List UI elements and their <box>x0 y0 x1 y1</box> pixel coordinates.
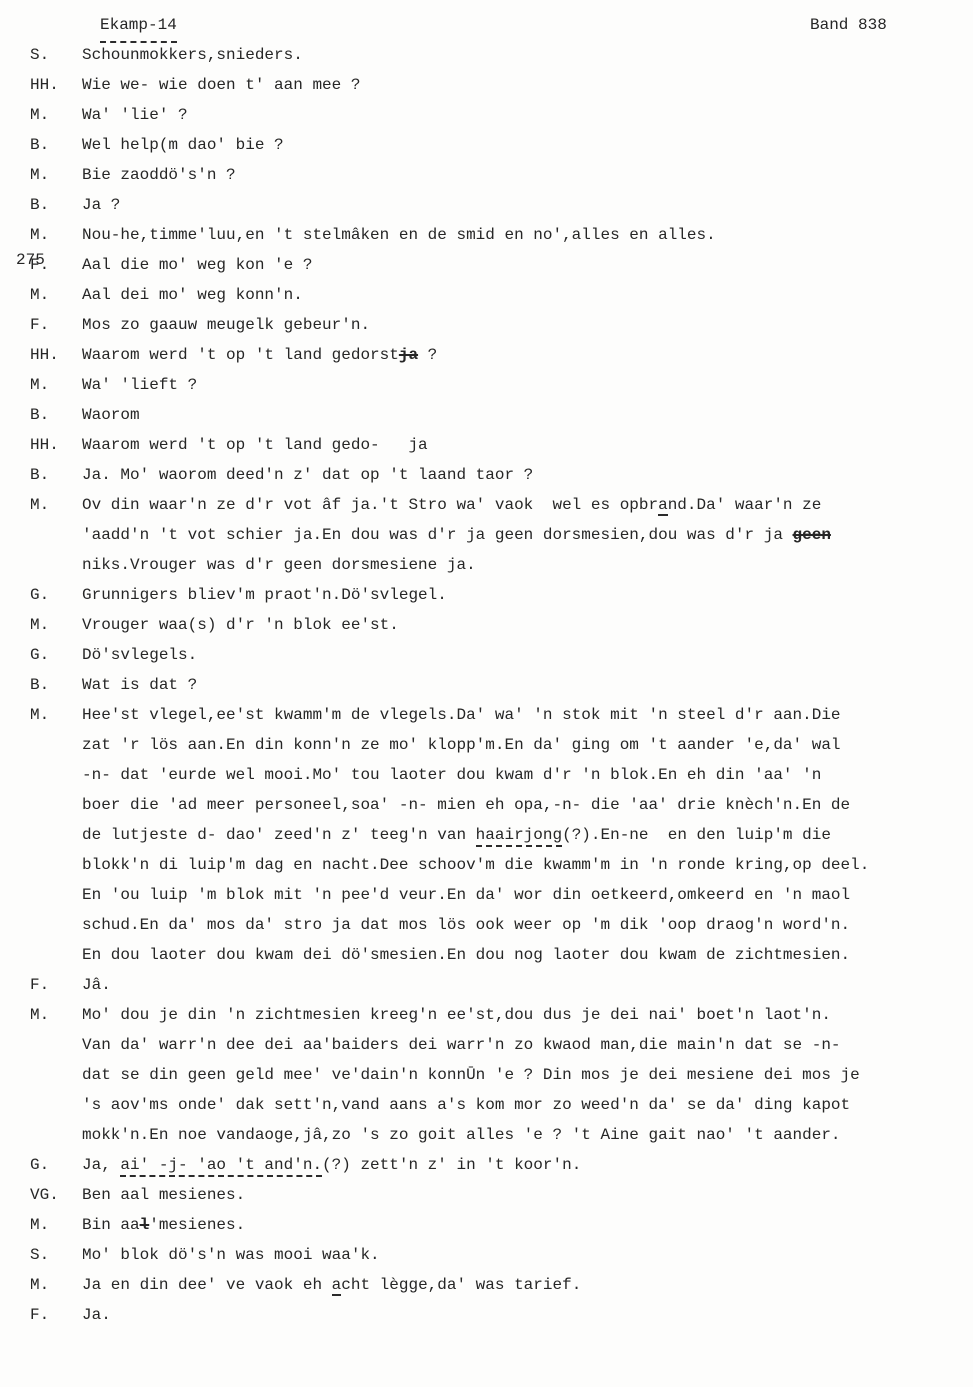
text-segment: Nou-he,timme'luu,en 't stelmâken en de s… <box>82 226 716 244</box>
speaker-label: M. <box>0 160 82 190</box>
turn-text: Ja en din dee' ve vaok eh acht lègge,da'… <box>82 1270 973 1300</box>
turn-text: Wat is dat ? <box>82 670 973 700</box>
text-segment-strike: geen <box>793 526 831 544</box>
transcript-line: dat se din geen geld mee' ve'dain'n konn… <box>82 1060 965 1090</box>
text-segment: 'aadd'n 't vot schier ja.En dou was d'r … <box>82 526 793 544</box>
text-segment: dat se din geen geld mee' ve'dain'n konn… <box>82 1066 860 1084</box>
transcript-turn: HH.Waarom werd 't op 't land gedorstja ? <box>0 340 973 370</box>
transcript-line: Wel help(m dao' bie ? <box>82 130 965 160</box>
transcript-line: boer die 'ad meer personeel,soa' -n- mie… <box>82 790 965 820</box>
turn-text: Mos zo gaauw meugelk gebeur'n. <box>82 310 973 340</box>
turn-text: Grunnigers bliev'm praot'n.Dö'svlegel. <box>82 580 973 610</box>
text-segment: Ja ? <box>82 196 120 214</box>
speaker-label: M. <box>0 700 82 730</box>
speaker-label: M. <box>0 370 82 400</box>
text-segment-u: a <box>658 496 668 516</box>
transcript-turn: F.Mos zo gaauw meugelk gebeur'n. <box>0 310 973 340</box>
transcript-line: Schounmokkers,snieders. <box>82 40 965 70</box>
text-segment: (?) zett'n z' in 't koor'n. <box>322 1156 581 1174</box>
document-title: Ekamp-14 <box>100 10 177 43</box>
transcript-turn: M.Wa' 'lieft ? <box>0 370 973 400</box>
transcript-turn: G.Grunnigers bliev'm praot'n.Dö'svlegel. <box>0 580 973 610</box>
text-segment: Mo' blok dö's'n was mooi waa'k. <box>82 1246 380 1264</box>
speaker-label: HH. <box>0 430 82 460</box>
text-segment: Ja, <box>82 1156 120 1174</box>
text-segment-ud: haairjong <box>476 826 562 847</box>
speaker-label: HH. <box>0 340 82 370</box>
transcript-turn: HH.Wie we- wie doen t' aan mee ? <box>0 70 973 100</box>
text-segment: Grunnigers bliev'm praot'n.Dö'svlegel. <box>82 586 447 604</box>
transcript-turn: S.Mo' blok dö's'n was mooi waa'k. <box>0 1240 973 1270</box>
transcript-line: Ja, ai' -j- 'ao 't and'n.(?) zett'n z' i… <box>82 1150 965 1180</box>
transcript-turn: HH.Waarom werd 't op 't land gedo- ja <box>0 430 973 460</box>
transcript-line: Nou-he,timme'luu,en 't stelmâken en de s… <box>82 220 965 250</box>
transcript-turn: S.Schounmokkers,snieders. <box>0 40 973 70</box>
transcript-turn: B.Wel help(m dao' bie ? <box>0 130 973 160</box>
text-segment: Wie we- wie doen t' aan mee ? <box>82 76 360 94</box>
turn-text: Ja. Mo' waorom deed'n z' dat op 't laand… <box>82 460 973 490</box>
turn-text: Waarom werd 't op 't land gedo- ja <box>82 430 973 460</box>
turn-text: Ben aal mesienes. <box>82 1180 973 1210</box>
transcript-line: Ben aal mesienes. <box>82 1180 965 1210</box>
text-segment: Ja. Mo' waorom deed'n z' dat op 't laand… <box>82 466 533 484</box>
text-segment: Bie zaoddö's'n ? <box>82 166 236 184</box>
transcript-line: Waarom werd 't op 't land gedo- ja <box>82 430 965 460</box>
turn-text: Ja ? <box>82 190 973 220</box>
transcript-line: Wie we- wie doen t' aan mee ? <box>82 70 965 100</box>
text-segment: En dou laoter dou kwam dei dö'smesien.En… <box>82 946 850 964</box>
text-segment: Waorom <box>82 406 140 424</box>
text-segment: Waarom werd 't op 't land gedo- ja <box>82 436 428 454</box>
turn-text: Jâ. <box>82 970 973 1000</box>
transcript-turn: VG.Ben aal mesienes. <box>0 1180 973 1210</box>
transcript-line: Mo' dou je din 'n zichtmesien kreeg'n ee… <box>82 1000 965 1030</box>
transcript-line: Ja ? <box>82 190 965 220</box>
transcript-turn: B.Waorom <box>0 400 973 430</box>
text-segment: Dö'svlegels. <box>82 646 197 664</box>
text-segment: 's aov'ms onde' dak sett'n,vand aans a's… <box>82 1096 850 1114</box>
text-segment: Mos zo gaauw meugelk gebeur'n. <box>82 316 370 334</box>
speaker-label: B. <box>0 460 82 490</box>
transcript-turn: B.Ja ? <box>0 190 973 220</box>
transcript-turn: F.Ja. <box>0 1300 973 1330</box>
transcript-line: zat 'r lös aan.En din konn'n ze mo' klop… <box>82 730 965 760</box>
speaker-label: B. <box>0 190 82 220</box>
transcript-line: blokk'n di luip'm dag en nacht.Dee schoo… <box>82 850 965 880</box>
speaker-label: M. <box>0 1210 82 1240</box>
transcript-turn: G.Dö'svlegels. <box>0 640 973 670</box>
text-segment: 'mesienes. <box>149 1216 245 1234</box>
transcript-line: Van da' warr'n dee dei aa'baiders dei wa… <box>82 1030 965 1060</box>
text-segment: Wa' 'lieft ? <box>82 376 197 394</box>
transcript-line: 'aadd'n 't vot schier ja.En dou was d'r … <box>82 520 965 550</box>
turn-text: Mo' blok dö's'n was mooi waa'k. <box>82 1240 973 1270</box>
transcript-line: Wa' 'lieft ? <box>82 370 965 400</box>
speaker-label: G. <box>0 640 82 670</box>
document-page: Ekamp-14 Band 838 275 S.Schounmokkers,sn… <box>0 0 973 1387</box>
text-segment: -n- dat 'eurde wel mooi.Mo' tou laoter d… <box>82 766 821 784</box>
speaker-label: F. <box>0 1300 82 1330</box>
text-segment: nd.Da' waar'n ze <box>668 496 822 514</box>
transcript-line: Ja. <box>82 1300 965 1330</box>
text-segment: schud.En da' mos da' stro ja dat mos lös… <box>82 916 850 934</box>
turn-text: Waarom werd 't op 't land gedorstja ? <box>82 340 973 370</box>
transcript-turn: M.Vrouger waa(s) d'r 'n blok ee'st. <box>0 610 973 640</box>
transcript-line: Ja. Mo' waorom deed'n z' dat op 't laand… <box>82 460 965 490</box>
text-segment-u: a <box>332 1276 342 1296</box>
speaker-label: M. <box>0 490 82 520</box>
page-header: Ekamp-14 Band 838 <box>0 10 973 40</box>
text-segment: Jâ. <box>82 976 111 994</box>
transcript-turn: M.Mo' dou je din 'n zichtmesien kreeg'n … <box>0 1000 973 1150</box>
speaker-label: B. <box>0 130 82 160</box>
speaker-label: M. <box>0 100 82 130</box>
transcript-turn: M.Hee'st vlegel,ee'st kwamm'm de vlegels… <box>0 700 973 970</box>
turn-text: Aal die mo' weg kon 'e ? <box>82 250 973 280</box>
transcript: S.Schounmokkers,snieders.HH.Wie we- wie … <box>0 40 973 1330</box>
transcript-line: Vrouger waa(s) d'r 'n blok ee'st. <box>82 610 965 640</box>
text-segment: de lutjeste d- dao' zeed'n z' teeg'n van <box>82 826 476 844</box>
transcript-line: Grunnigers bliev'm praot'n.Dö'svlegel. <box>82 580 965 610</box>
transcript-line: Mos zo gaauw meugelk gebeur'n. <box>82 310 965 340</box>
speaker-label: B. <box>0 400 82 430</box>
transcript-line: Ov din waar'n ze d'r vot âf ja.'t Stro w… <box>82 490 965 520</box>
text-segment: Ja. <box>82 1306 111 1324</box>
transcript-line: Bie zaoddö's'n ? <box>82 160 965 190</box>
transcript-line: Hee'st vlegel,ee'st kwamm'm de vlegels.D… <box>82 700 965 730</box>
transcript-line: Aal die mo' weg kon 'e ? <box>82 250 965 280</box>
transcript-line: Waorom <box>82 400 965 430</box>
speaker-label: HH. <box>0 70 82 100</box>
turn-text: Aal dei mo' weg konn'n. <box>82 280 973 310</box>
turn-text: Wa' 'lieft ? <box>82 370 973 400</box>
text-segment: Wat is dat ? <box>82 676 197 694</box>
turn-text: Hee'st vlegel,ee'st kwamm'm de vlegels.D… <box>82 700 973 970</box>
speaker-label: F. <box>0 250 82 280</box>
transcript-turn: G.Ja, ai' -j- 'ao 't and'n.(?) zett'n z'… <box>0 1150 973 1180</box>
text-segment: En 'ou luip 'm blok mit 'n pee'd veur.En… <box>82 886 850 904</box>
speaker-label: M. <box>0 220 82 250</box>
turn-text: Bin aal'mesienes. <box>82 1210 973 1240</box>
text-segment: (?).En-ne en den luip'm die <box>562 826 831 844</box>
transcript-turn: M.Ja en din dee' ve vaok eh acht lègge,d… <box>0 1270 973 1300</box>
transcript-line: Mo' blok dö's'n was mooi waa'k. <box>82 1240 965 1270</box>
text-segment: boer die 'ad meer personeel,soa' -n- mie… <box>82 796 850 814</box>
transcript-line: Ja en din dee' ve vaok eh acht lègge,da'… <box>82 1270 965 1300</box>
transcript-line: En 'ou luip 'm blok mit 'n pee'd veur.En… <box>82 880 965 910</box>
turn-text: Wie we- wie doen t' aan mee ? <box>82 70 973 100</box>
text-segment: Ben aal mesienes. <box>82 1186 245 1204</box>
band-number: Band 838 <box>810 10 887 40</box>
transcript-turn: M.Bie zaoddö's'n ? <box>0 160 973 190</box>
text-segment-strike: ja <box>399 346 418 364</box>
speaker-label: B. <box>0 670 82 700</box>
transcript-turn: B.Wat is dat ? <box>0 670 973 700</box>
text-segment: niks.Vrouger was d'r geen dorsmesiene ja… <box>82 556 476 574</box>
text-segment: Bin aa <box>82 1216 140 1234</box>
transcript-turn: M.Ov din waar'n ze d'r vot âf ja.'t Stro… <box>0 490 973 580</box>
transcript-turn: M.Bin aal'mesienes. <box>0 1210 973 1240</box>
transcript-line: Bin aal'mesienes. <box>82 1210 965 1240</box>
turn-text: Schounmokkers,snieders. <box>82 40 973 70</box>
transcript-line: -n- dat 'eurde wel mooi.Mo' tou laoter d… <box>82 760 965 790</box>
transcript-line: mokk'n.En noe vandaoge,jâ,zo 's zo goit … <box>82 1120 965 1150</box>
text-segment: mokk'n.En noe vandaoge,jâ,zo 's zo goit … <box>82 1126 841 1144</box>
transcript-line: Wa' 'lie' ? <box>82 100 965 130</box>
text-segment: Aal dei mo' weg konn'n. <box>82 286 303 304</box>
text-segment: cht lègge,da' was tarief. <box>341 1276 581 1294</box>
transcript-turn: M.Nou-he,timme'luu,en 't stelmâken en de… <box>0 220 973 250</box>
text-segment: Mo' dou je din 'n zichtmesien kreeg'n ee… <box>82 1006 831 1024</box>
speaker-label: S. <box>0 1240 82 1270</box>
text-segment-ud: ai' -j- 'ao 't and'n. <box>120 1156 322 1177</box>
transcript-line: Waarom werd 't op 't land gedorstja ? <box>82 340 965 370</box>
text-segment: zat 'r lös aan.En din konn'n ze mo' klop… <box>82 736 841 754</box>
turn-text: Ja. <box>82 1300 973 1330</box>
text-segment: Schounmokkers,snieders. <box>82 46 303 64</box>
speaker-label: F. <box>0 970 82 1000</box>
text-segment: blokk'n di luip'm dag en nacht.Dee schoo… <box>82 856 869 874</box>
transcript-line: de lutjeste d- dao' zeed'n z' teeg'n van… <box>82 820 965 850</box>
turn-text: Vrouger waa(s) d'r 'n blok ee'st. <box>82 610 973 640</box>
transcript-line: Wat is dat ? <box>82 670 965 700</box>
text-segment: Ov din waar'n ze d'r vot âf ja.'t Stro w… <box>82 496 658 514</box>
speaker-label: M. <box>0 1270 82 1300</box>
transcript-turn: M.Aal dei mo' weg konn'n. <box>0 280 973 310</box>
transcript-turn: M.Wa' 'lie' ? <box>0 100 973 130</box>
text-segment: Waarom werd 't op 't land gedorst <box>82 346 399 364</box>
text-segment: Vrouger waa(s) d'r 'n blok ee'st. <box>82 616 399 634</box>
transcript-line: Dö'svlegels. <box>82 640 965 670</box>
text-segment: Hee'st vlegel,ee'st kwamm'm de vlegels.D… <box>82 706 841 724</box>
turn-text: Mo' dou je din 'n zichtmesien kreeg'n ee… <box>82 1000 973 1150</box>
text-segment: Wel help(m dao' bie ? <box>82 136 284 154</box>
speaker-label: S. <box>0 40 82 70</box>
turn-text: Ja, ai' -j- 'ao 't and'n.(?) zett'n z' i… <box>82 1150 973 1180</box>
speaker-label: G. <box>0 1150 82 1180</box>
turn-text: Wa' 'lie' ? <box>82 100 973 130</box>
turn-text: Waorom <box>82 400 973 430</box>
transcript-line: Aal dei mo' weg konn'n. <box>82 280 965 310</box>
text-segment: Van da' warr'n dee dei aa'baiders dei wa… <box>82 1036 841 1054</box>
turn-text: Ov din waar'n ze d'r vot âf ja.'t Stro w… <box>82 490 973 580</box>
speaker-label: G. <box>0 580 82 610</box>
text-segment: ? <box>418 346 437 364</box>
turn-text: Wel help(m dao' bie ? <box>82 130 973 160</box>
text-segment: Wa' 'lie' ? <box>82 106 188 124</box>
speaker-label: F. <box>0 310 82 340</box>
transcript-line: Jâ. <box>82 970 965 1000</box>
transcript-turn: F.Jâ. <box>0 970 973 1000</box>
speaker-label: M. <box>0 610 82 640</box>
turn-text: Nou-he,timme'luu,en 't stelmâken en de s… <box>82 220 973 250</box>
text-segment: Ja en din dee' ve vaok eh <box>82 1276 332 1294</box>
transcript-line: niks.Vrouger was d'r geen dorsmesiene ja… <box>82 550 965 580</box>
text-segment: Aal die mo' weg kon 'e ? <box>82 256 312 274</box>
turn-text: Bie zaoddö's'n ? <box>82 160 973 190</box>
text-segment-strike: l <box>140 1216 150 1234</box>
turn-text: Dö'svlegels. <box>82 640 973 670</box>
transcript-line: En dou laoter dou kwam dei dö'smesien.En… <box>82 940 965 970</box>
speaker-label: M. <box>0 280 82 310</box>
transcript-line: 's aov'ms onde' dak sett'n,vand aans a's… <box>82 1090 965 1120</box>
transcript-line: schud.En da' mos da' stro ja dat mos lös… <box>82 910 965 940</box>
speaker-label: M. <box>0 1000 82 1030</box>
transcript-turn: F.Aal die mo' weg kon 'e ? <box>0 250 973 280</box>
speaker-label: VG. <box>0 1180 82 1210</box>
transcript-turn: B.Ja. Mo' waorom deed'n z' dat op 't laa… <box>0 460 973 490</box>
